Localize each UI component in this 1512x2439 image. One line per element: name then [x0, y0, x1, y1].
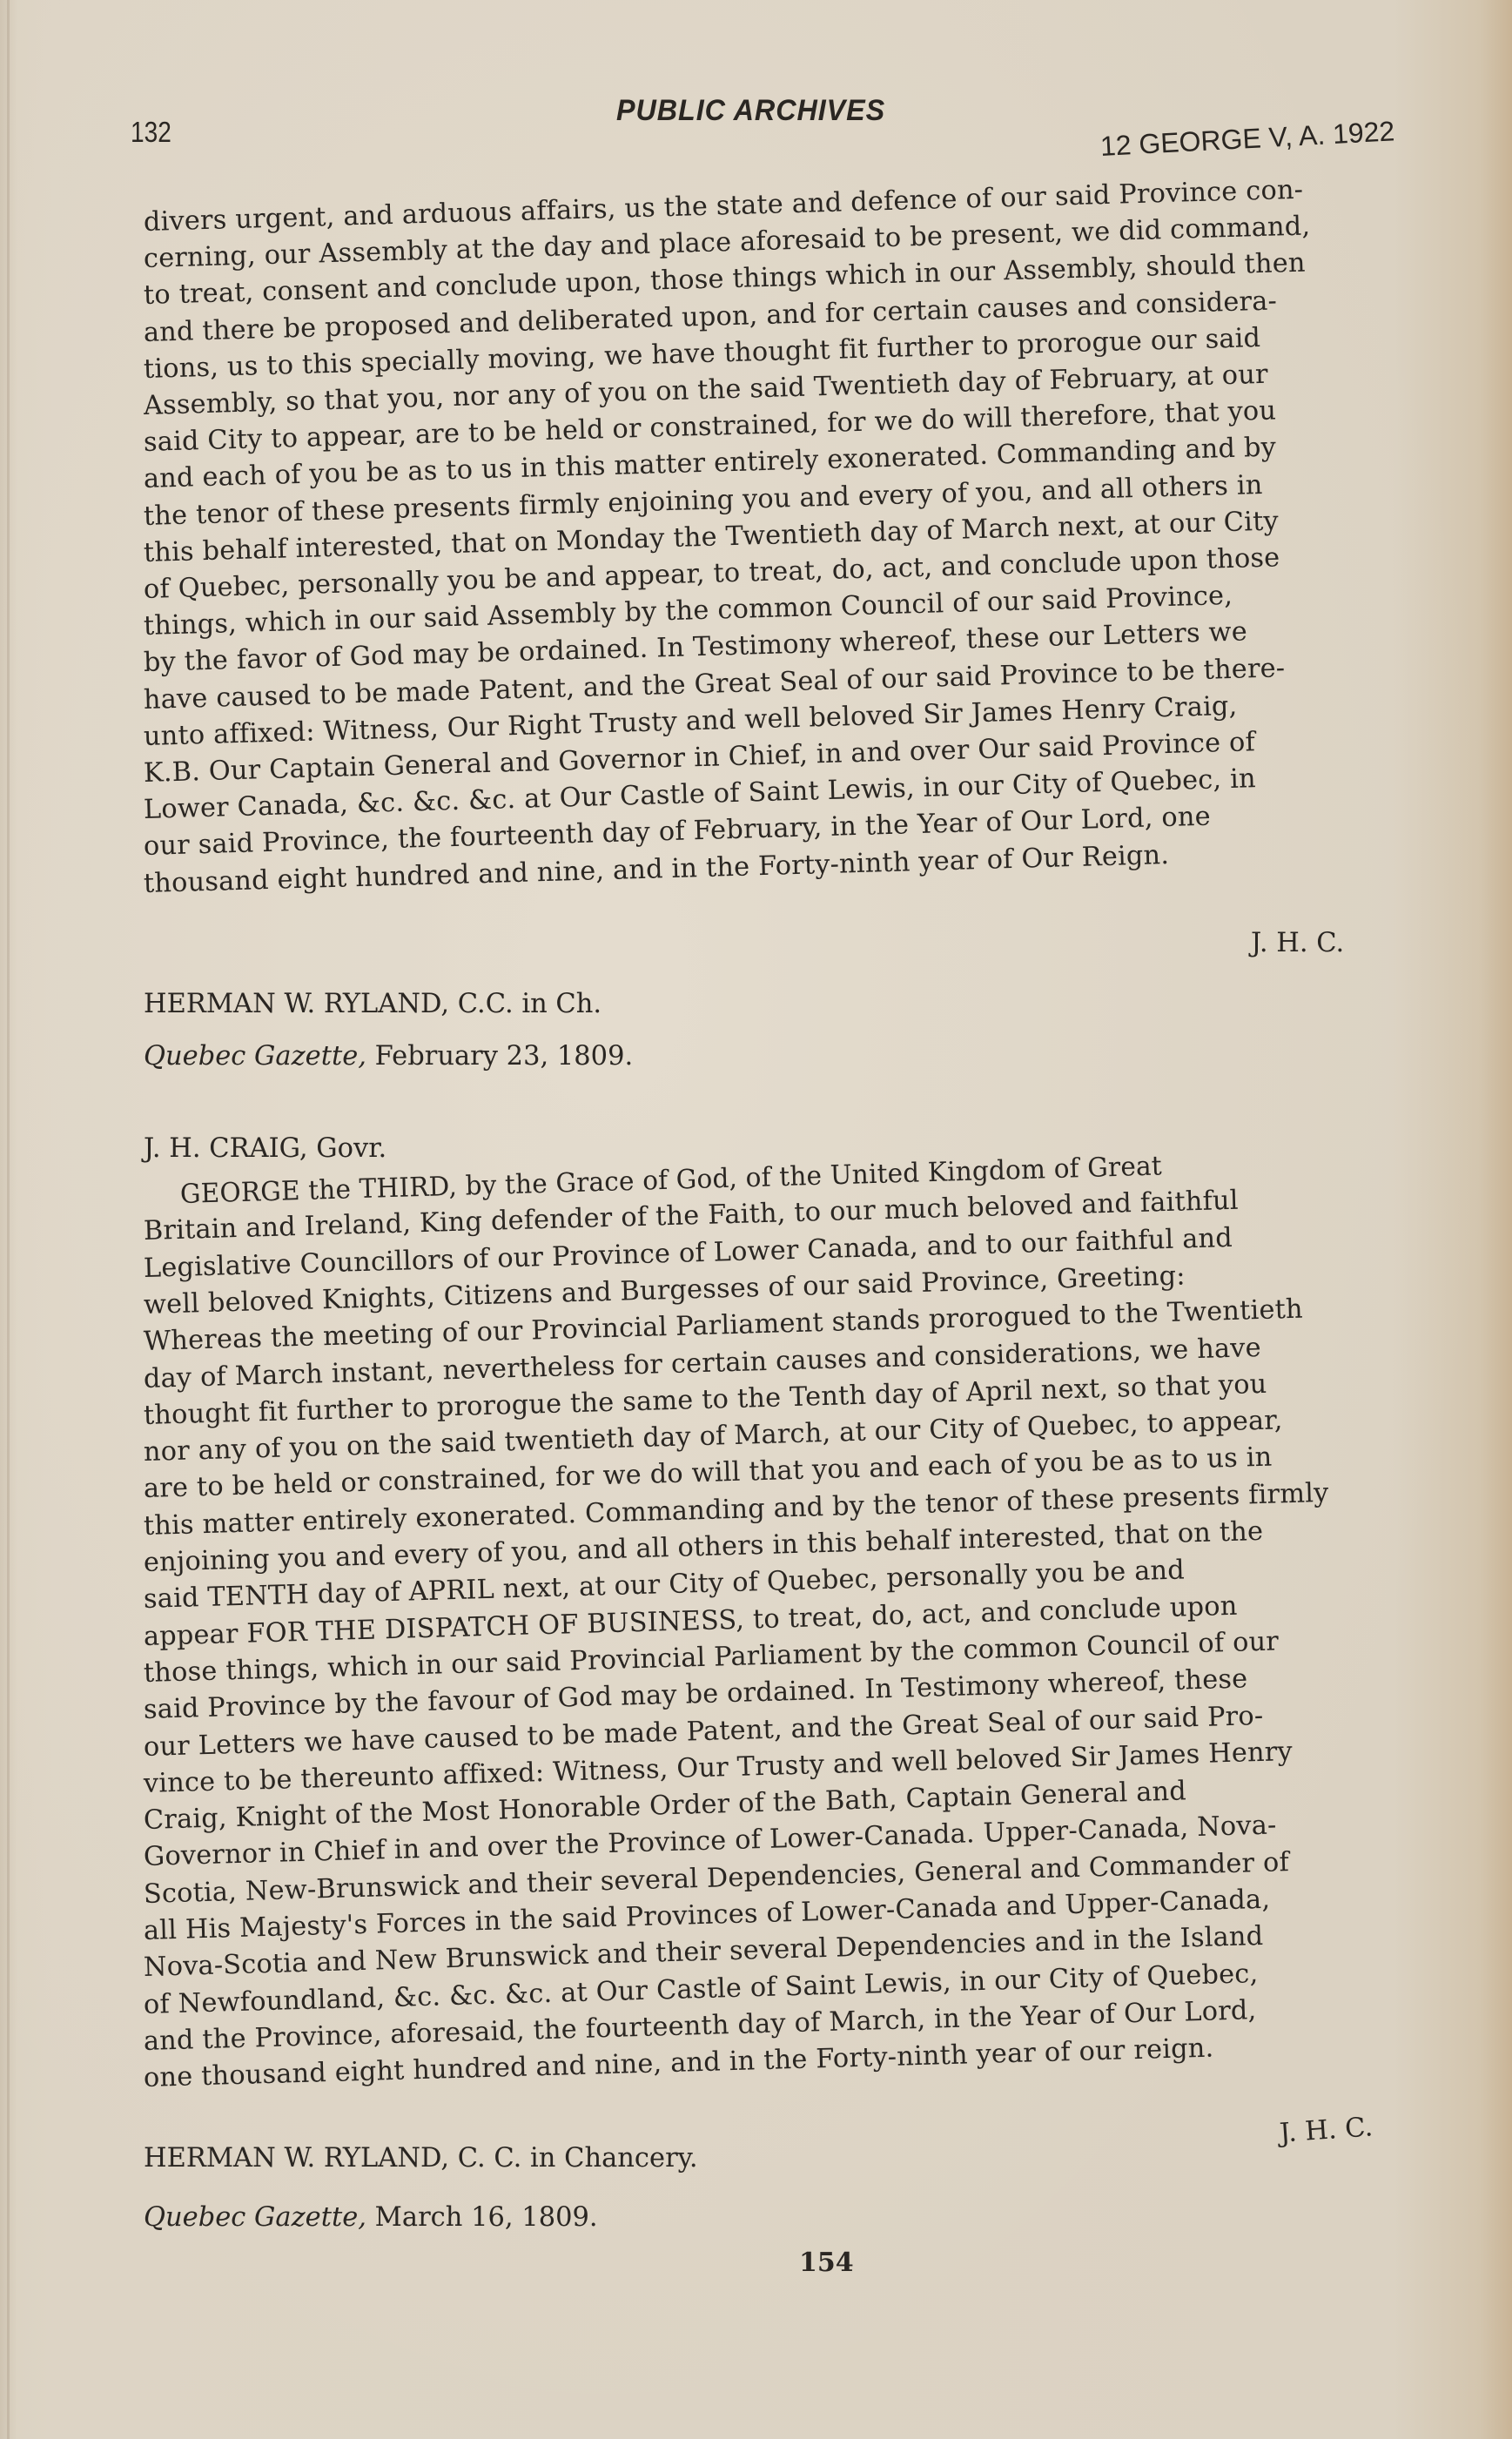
header-page-number: 132 — [131, 116, 171, 149]
proclamation-2-signatory: HERMAN W. RYLAND, C. C. in Chancery. — [144, 2143, 698, 2174]
proclamation-1-initials: J. H. C. — [1251, 928, 1344, 958]
source-date: March 16, 1809. — [366, 2202, 598, 2233]
proclamation-2-governor: J. H. CRAIG, Govr. — [144, 1133, 386, 1164]
proclamation-2-initials: J. H. C. — [1279, 2112, 1374, 2148]
source-title: Quebec Gazette, — [144, 2202, 366, 2233]
proclamation-1-source: Quebec Gazette, February 23, 1809. — [144, 1041, 633, 1072]
footer-page-number: 154 — [799, 2248, 854, 2278]
binding-edge — [7, 0, 10, 2439]
proclamation-2-source: Quebec Gazette, March 16, 1809. — [144, 2202, 598, 2233]
archive-page: 132 PUBLIC ARCHIVES 12 GEORGE V, A. 1922… — [0, 0, 1512, 2439]
source-date: February 23, 1809. — [366, 1041, 633, 1072]
source-title: Quebec Gazette, — [144, 1041, 366, 1072]
header-session: 12 GEORGE V, A. 1922 — [1099, 115, 1395, 163]
proclamation-1-signatory: HERMAN W. RYLAND, C.C. in Ch. — [144, 989, 601, 1019]
header-title: PUBLIC ARCHIVES — [616, 94, 885, 128]
